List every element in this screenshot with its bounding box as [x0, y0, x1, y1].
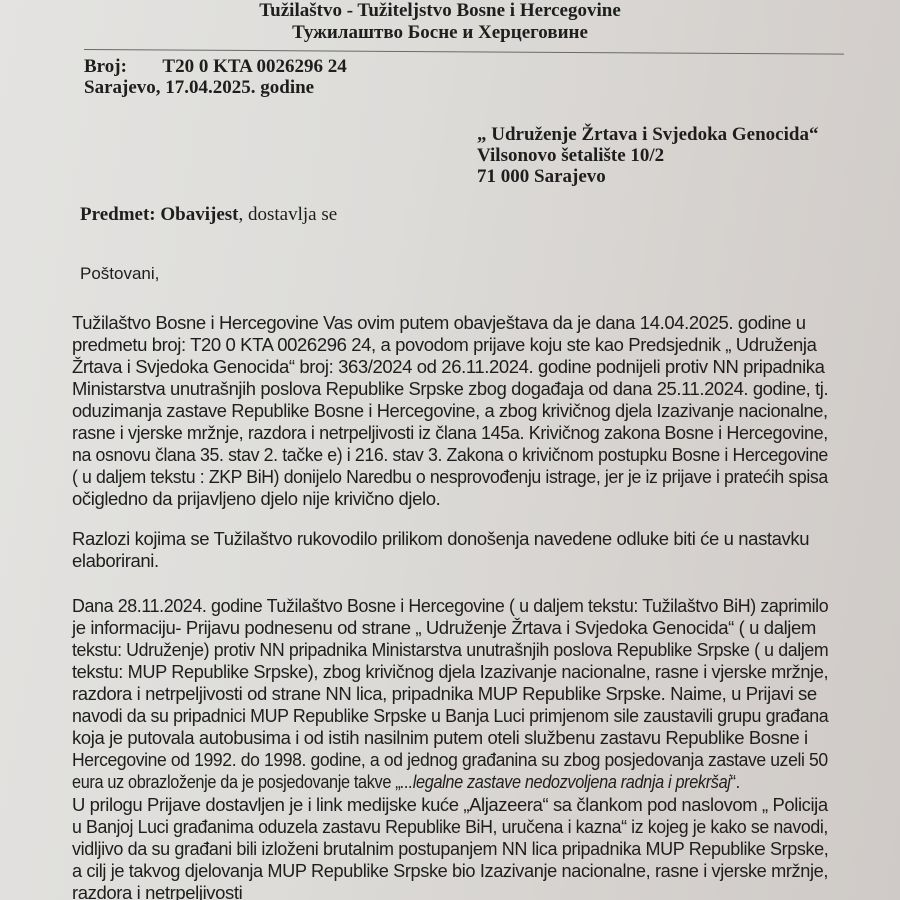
- recipient-address: „ Udruženje Žrtava i Svjedoka Genocida“ …: [477, 124, 818, 187]
- text-line: predmetu broj: T20 0 KTA 0026296 24, a p…: [72, 334, 822, 356]
- place-date: Sarajevo, 17.04.2025. godine: [84, 77, 314, 99]
- paragraph-decision: Tužilaštvo Bosne i Hercegovine Vas ovim …: [72, 312, 822, 510]
- text-line: ( u daljem tekstu : ZKP BiH) donijelo Na…: [72, 466, 789, 488]
- text-line: tekstu: MUP Republike Srpske), zbog kriv…: [72, 661, 811, 683]
- text-line: Ministarstva unutrašnjih poslova Republi…: [72, 378, 818, 400]
- case-number-label: Broj:: [84, 56, 158, 78]
- text-line: u Banjoj Luci građanima oduzela zastavu …: [72, 816, 791, 838]
- text-line: Tužilaštvo Bosne i Hercegovine Vas ovim …: [72, 312, 822, 334]
- quoted-statement: ...legalne zastave nedozvoljena radnja i…: [400, 771, 730, 792]
- subject-title: Obavijest: [160, 204, 238, 225]
- text-line: na osnovu člana 35. stav 2. tačke e) i 2…: [72, 444, 791, 466]
- text-line: vidljivo da su građani bili izloženi bru…: [72, 838, 803, 860]
- document-page: Tužilaštvo - Tužiteljstvo Bosne i Herceg…: [0, 0, 900, 900]
- text-line: Žrtava i Svjedoka Genocida“ broj: 363/20…: [72, 356, 822, 378]
- paragraph-attachment: U prilogu Prijave dostavljen je i link m…: [72, 794, 822, 900]
- recipient-name: „ Udruženje Žrtava i Svjedoka Genocida“: [477, 124, 818, 145]
- text-line: navodi da su pripadnici MUP Republike Sr…: [72, 705, 795, 727]
- text-line: očigledno da prijavljeno djelo nije kriv…: [72, 488, 822, 510]
- text-line: rasne i vjerske mržnje, razdora i netrpe…: [72, 422, 803, 444]
- header-cyrillic: Тужилаштво Босне и Херцеговине: [0, 22, 890, 44]
- subject-label: Predmet:: [80, 204, 156, 225]
- text-line: Dana 28.11.2024. godine Tužilaštvo Bosne…: [72, 595, 796, 617]
- header-divider: [84, 49, 844, 55]
- text-line: elaborirani.: [72, 550, 822, 572]
- text-line: U prilogu Prijave dostavljen je i link m…: [72, 794, 821, 816]
- text-line: je informaciju- Prijavu podnesenu od str…: [72, 617, 822, 639]
- facts-last-suffix: “.: [731, 771, 740, 792]
- case-number: Broj: T20 0 KTA 0026296 24: [84, 56, 347, 78]
- text-line: tekstu: Udruženje) protiv NN pripadnika …: [72, 639, 792, 661]
- text-line: a cilj je takvog djelovanja MUP Republik…: [72, 860, 810, 882]
- case-number-value: T20 0 KTA 0026296 24: [162, 56, 346, 77]
- text-line: Hercegovine od 1992. do 1998. godine, a …: [72, 749, 784, 771]
- greeting: Poštovani,: [80, 264, 159, 284]
- paragraph-facts: Dana 28.11.2024. godine Tužilaštvo Bosne…: [72, 595, 822, 771]
- text-line: Razlozi kojima se Tužilaštvo rukovodilo …: [72, 528, 822, 550]
- subject-line: Predmet: Obavijest, dostavlja se: [80, 204, 337, 226]
- text-line: koja je putovala autobusima i od istih n…: [72, 727, 822, 749]
- text-line: razdora i netrpeljivosti od strane NN li…: [72, 683, 822, 705]
- text-line: razdora i netrpeljivosti: [72, 882, 822, 900]
- facts-last-prefix: eura uz obrazloženje da je posjedovanje …: [72, 771, 400, 792]
- paragraph-reasons-intro: Razlozi kojima se Tužilaštvo rukovodilo …: [72, 528, 822, 572]
- header-latin: Tužilaštvo - Tužiteljstvo Bosne i Herceg…: [0, 0, 890, 22]
- text-line: oduzimanja zastave Republike Bosne i Her…: [72, 400, 814, 422]
- paragraph-facts-last-line: eura uz obrazloženje da je posjedovanje …: [72, 771, 822, 793]
- recipient-city: 71 000 Sarajevo: [477, 166, 818, 187]
- subject-rest: , dostavlja se: [238, 204, 337, 225]
- recipient-street: Vilsonovo šetalište 10/2: [477, 145, 818, 166]
